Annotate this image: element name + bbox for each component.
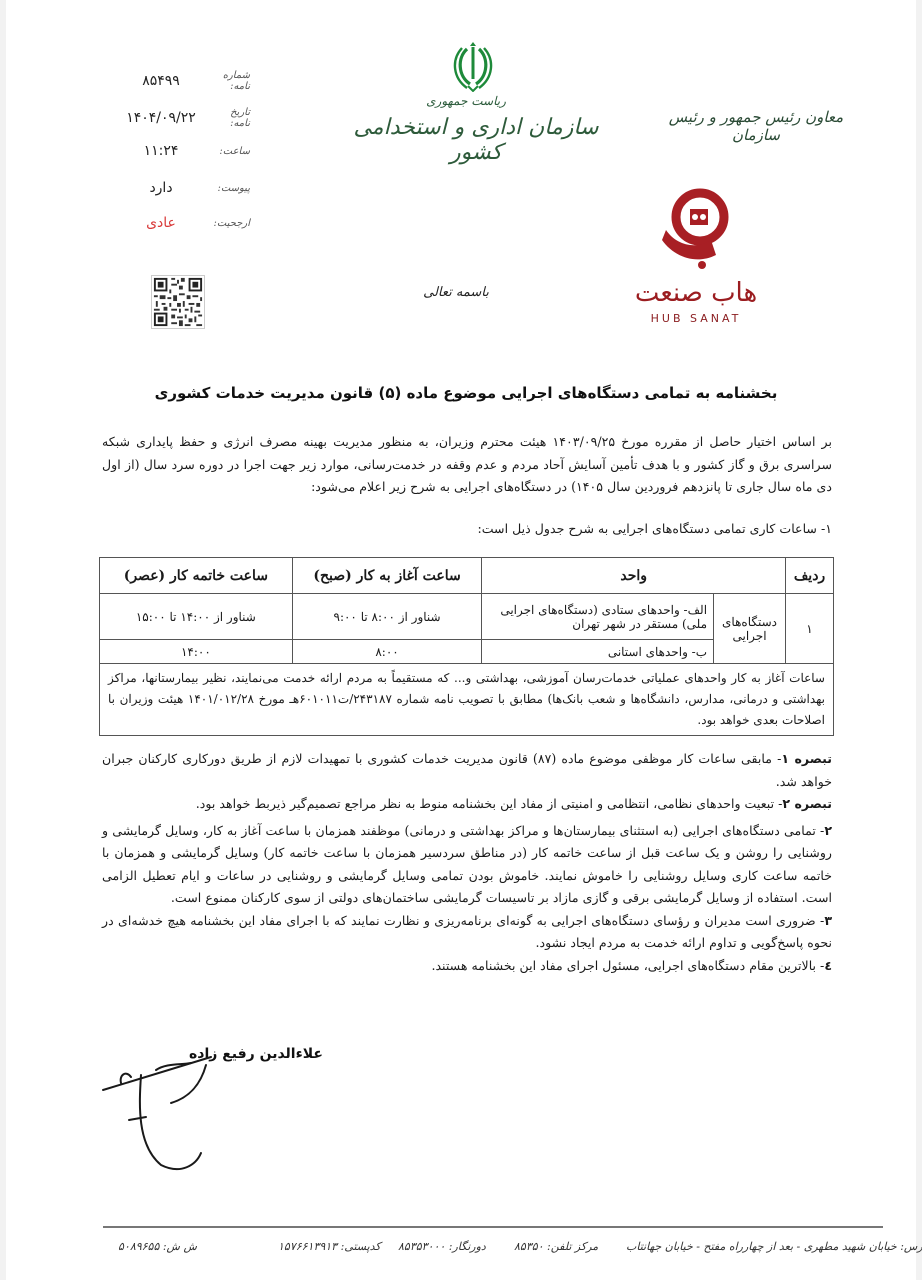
note-text: - تبعیت واحدهای نظامی، انتظامی و امنیتی … xyxy=(196,796,783,811)
meta-value: دارد xyxy=(106,180,216,196)
meta-priority: ارجحیت: عادی xyxy=(106,215,250,231)
header-unit: واحد xyxy=(482,558,786,594)
priority-value: عادی xyxy=(106,215,216,231)
meta-time: ساعت: ۱۱:۲۴ xyxy=(106,143,250,159)
footer-postal-code: کدپستی: ۱۵۷۶۶۱۳۹۱۳ xyxy=(278,1240,381,1253)
bismillah-label: باسمه تعالی xyxy=(416,285,496,300)
item-text: - ضروری است مدیران و رؤسای دستگاه‌های اج… xyxy=(102,913,832,951)
meta-label: ساعت: xyxy=(216,146,250,157)
item-label: ۲ xyxy=(824,823,832,838)
meta-label: پیوست: xyxy=(216,183,250,194)
end-time-cell: ۱۴:۰۰ xyxy=(100,640,293,664)
group-cell: دستگاه‌های اجرایی xyxy=(714,594,786,664)
item-2: ۲- تمامی دستگاه‌های اجرایی (به استثنای ب… xyxy=(102,820,832,910)
hub-sanat-logo-icon xyxy=(656,185,736,270)
meta-attachment: پیوست: دارد xyxy=(106,180,250,196)
signature-icon xyxy=(101,1035,241,1180)
footer-fax: دورنگار: ۸۵۳۵۳۰۰۰ xyxy=(398,1240,486,1253)
watermark-persian: هاب صنعت xyxy=(626,278,766,308)
meta-letter-number: شماره نامه: ۸۵۴۹۹ xyxy=(106,70,250,92)
item-text: - تمامی دستگاه‌های اجرایی (به استثنای بی… xyxy=(102,823,832,906)
item-label: ۳ xyxy=(824,913,832,928)
meta-value: ۸۵۴۹۹ xyxy=(106,73,216,89)
header-start-time: ساعت آغاز به کار (صبح) xyxy=(292,558,482,594)
circular-title: بخشنامه به تمامی دستگاه‌های اجرایی موضوع… xyxy=(106,384,826,402)
item-text: - بالاترین مقام دستگاه‌های اجرایی، مسئول… xyxy=(431,958,824,973)
end-time-cell: شناور از ۱۴:۰۰ تا ۱۵:۰۰ xyxy=(100,594,293,640)
unit-cell: الف- واحدهای ستادی (دستگاه‌های اجرایی مل… xyxy=(482,594,714,640)
header-row-number: ردیف xyxy=(786,558,834,594)
deputy-title: معاون رئیس جمهور و رئیس سازمان xyxy=(646,108,866,144)
footer-phone: مرکز تلفن: ۸۵۳۵۰ xyxy=(514,1240,598,1253)
row-number-cell: ۱ xyxy=(786,594,834,664)
table-row: ۱ دستگاه‌های اجرایی الف- واحدهای ستادی (… xyxy=(100,594,834,640)
meta-label: تاریخ نامه: xyxy=(216,107,250,129)
watermark-english: HUB SANAT xyxy=(626,312,766,325)
table-note-cell: ساعات آغاز به کار واحدهای عملیاتی خدمات‌… xyxy=(100,664,834,736)
meta-value: ۱۱:۲۴ xyxy=(106,143,216,159)
note-label: تبصره ۲ xyxy=(782,796,832,811)
note-text: - مابقی ساعات کار موظفی موضوع ماده (۸۷) … xyxy=(102,751,832,789)
note-2: تبصره ۲- تبعیت واحدهای نظامی، انتظامی و … xyxy=(102,793,832,816)
item-1-text: ۱- ساعات کاری تمامی دستگاه‌های اجرایی به… xyxy=(102,518,832,541)
note-1: تبصره ۱- مابقی ساعات کار موظفی موضوع ماد… xyxy=(102,748,832,793)
letter-page: شماره نامه: ۸۵۴۹۹ تاریخ نامه: ۱۴۰۴/۰۹/۲۲… xyxy=(6,0,916,1280)
footer-address: آدرس: خیابان شهید مطهری - بعد از چهارراه… xyxy=(626,1240,922,1253)
item-4: ٤- بالاترین مقام دستگاه‌های اجرایی، مسئو… xyxy=(102,955,832,978)
footer-national-id: ش ش: ۵۰۸۹۶۵۵ xyxy=(118,1240,197,1253)
unit-cell: ب- واحدهای استانی xyxy=(482,640,714,664)
table-note-row: ساعات آغاز به کار واحدهای عملیاتی خدمات‌… xyxy=(100,664,834,736)
notes-section: تبصره ۱- مابقی ساعات کار موظفی موضوع ماد… xyxy=(102,748,832,977)
qr-code-icon[interactable] xyxy=(151,275,205,329)
organization-name: سازمان اداری و استخدامی کشور xyxy=(346,115,606,165)
meta-value: ۱۴۰۴/۰۹/۲۲ xyxy=(106,110,216,126)
footer-divider xyxy=(103,1226,883,1228)
start-time-cell: شناور از ۸:۰۰ تا ۹:۰۰ xyxy=(292,594,482,640)
working-hours-table: ردیف واحد ساعت آغاز به کار (صبح) ساعت خا… xyxy=(99,557,834,736)
note-label: تبصره ۱ xyxy=(781,751,832,766)
start-time-cell: ۸:۰۰ xyxy=(292,640,482,664)
item-3: ۳- ضروری است مدیران و رؤسای دستگاه‌های ا… xyxy=(102,910,832,955)
meta-label: شماره نامه: xyxy=(216,70,250,92)
item-label: ٤ xyxy=(824,958,832,973)
table-header-row: ردیف واحد ساعت آغاز به کار (صبح) ساعت خا… xyxy=(100,558,834,594)
meta-letter-date: تاریخ نامه: ۱۴۰۴/۰۹/۲۲ xyxy=(106,107,250,129)
meta-label: ارجحیت: xyxy=(216,218,250,229)
header-end-time: ساعت خاتمه کار (عصر) xyxy=(100,558,293,594)
intro-paragraph: بر اساس اختیار حاصل از مقرره مورخ ۱۴۰۳/۰… xyxy=(102,431,832,499)
presidency-label: ریاست جمهوری xyxy=(406,94,526,108)
iran-emblem-icon xyxy=(453,40,493,92)
